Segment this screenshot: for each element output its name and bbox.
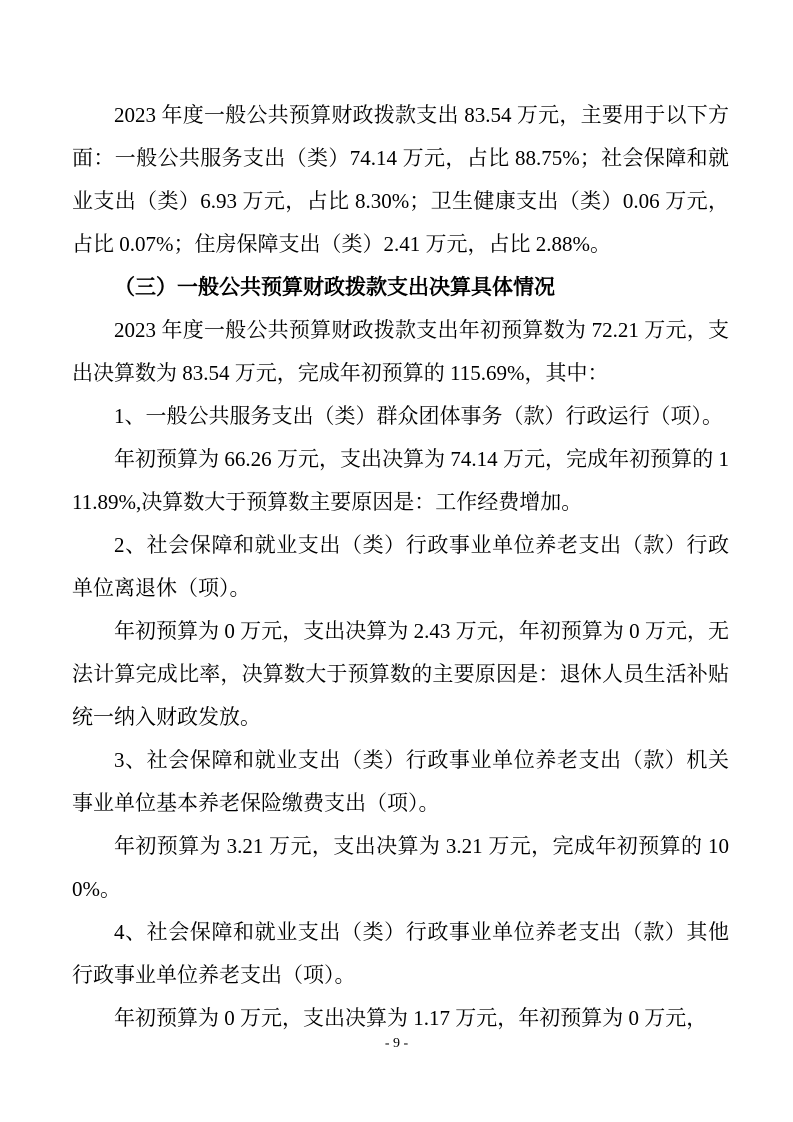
- document-body: 2023 年度一般公共预算财政拨款支出 83.54 万元，主要用于以下方面：一般…: [72, 94, 729, 1040]
- page-footer: - 9 -: [0, 1034, 793, 1054]
- paragraph-funding-overview: 2023 年度一般公共预算财政拨款支出 83.54 万元，主要用于以下方面：一般…: [72, 94, 729, 266]
- page-number: - 9 -: [385, 1036, 408, 1051]
- paragraph-item-3-detail: 年初预算为 3.21 万元，支出决算为 3.21 万元，完成年初预算的 100%…: [72, 825, 729, 911]
- paragraph-item-1-detail: 年初预算为 66.26 万元，支出决算为 74.14 万元，完成年初预算的 11…: [72, 438, 729, 524]
- paragraph-item-3-title: 3、社会保障和就业支出（类）行政事业单位养老支出（款）机关事业单位基本养老保险缴…: [72, 739, 729, 825]
- paragraph-budget-summary: 2023 年度一般公共预算财政拨款支出年初预算数为 72.21 万元，支出决算数…: [72, 309, 729, 395]
- paragraph-item-2-title: 2、社会保障和就业支出（类）行政事业单位养老支出（款）行政单位离退休（项）。: [72, 524, 729, 610]
- section-heading: （三）一般公共预算财政拨款支出决算具体情况: [72, 266, 729, 309]
- document-page: 2023 年度一般公共预算财政拨款支出 83.54 万元，主要用于以下方面：一般…: [0, 0, 793, 1122]
- paragraph-item-1-title: 1、一般公共服务支出（类）群众团体事务（款）行政运行（项）。: [72, 395, 729, 438]
- paragraph-item-2-detail: 年初预算为 0 万元，支出决算为 2.43 万元，年初预算为 0 万元，无法计算…: [72, 610, 729, 739]
- paragraph-item-4-title: 4、社会保障和就业支出（类）行政事业单位养老支出（款）其他行政事业单位养老支出（…: [72, 911, 729, 997]
